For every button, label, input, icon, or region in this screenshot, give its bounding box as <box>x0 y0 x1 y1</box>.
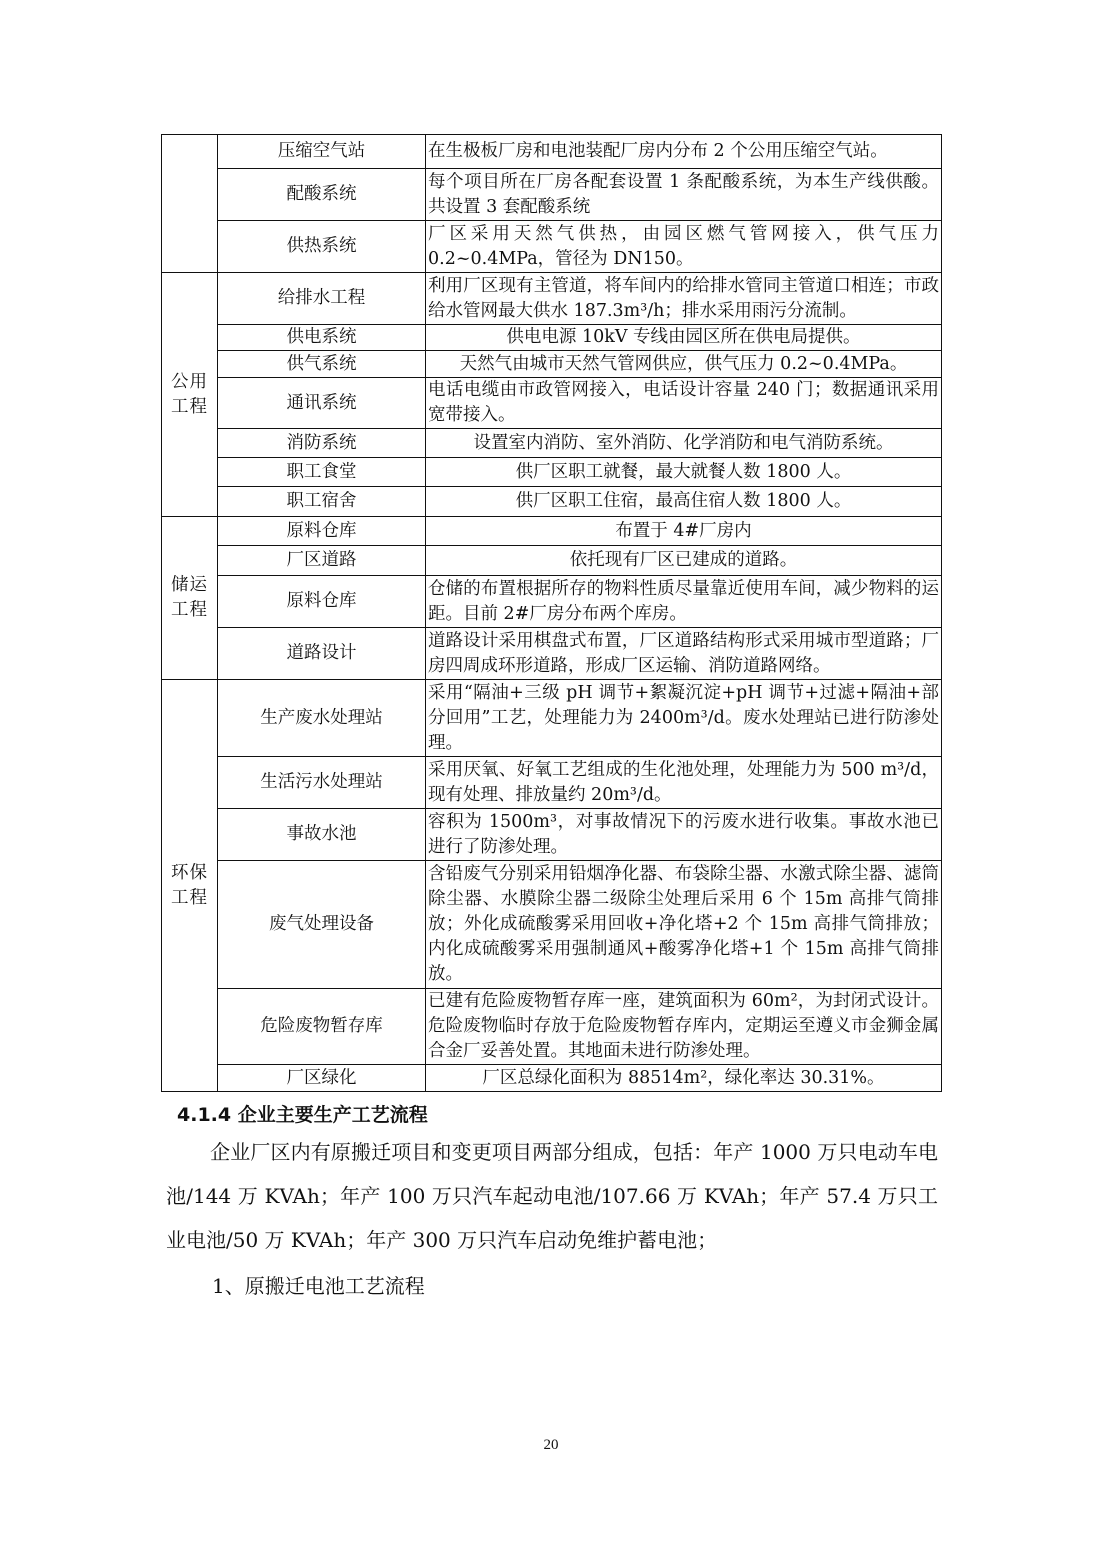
table-row: 危险废物暂存库已建有危险废物暂存库一座，建筑面积为 60m²，为封闭式设计。危险… <box>162 989 942 1065</box>
description-cell: 在生极板厂房和电池装配厂房内分布 2 个公用压缩空气站。 <box>426 135 942 169</box>
facility-name-cell: 厂区绿化 <box>218 1065 426 1092</box>
table-row: 公用工程给排水工程利用厂区现有主管道，将车间内的给排水管同主管道口相连；市政给水… <box>162 273 942 325</box>
facility-name-cell: 消防系统 <box>218 429 426 458</box>
facility-name-cell: 原料仓库 <box>218 576 426 628</box>
description-cell: 道路设计采用棋盘式布置，厂区道路结构形式采用城市型道路；厂房四周成环形道路，形成… <box>426 628 942 680</box>
description-cell: 布置于 4#厂房内 <box>426 517 942 546</box>
description-cell: 采用厌氧、好氧工艺组成的生化池处理，处理能力为 500 m³/d，现有处理、排放… <box>426 757 942 809</box>
section-paragraph: 企业厂区内有原搬迁项目和变更项目两部分组成，包括：年产 1000 万只电动车电池… <box>166 1130 938 1262</box>
description-cell: 采用“隔油+三级 pH 调节+絮凝沉淀+pH 调节+过滤+隔油+部分回用”工艺，… <box>426 680 942 757</box>
table-row: 储运工程原料仓库布置于 4#厂房内 <box>162 517 942 546</box>
category-cell: 环保工程 <box>162 680 218 1092</box>
table-row: 消防系统设置室内消防、室外消防、化学消防和电气消防系统。 <box>162 429 942 458</box>
facility-name-cell: 职工食堂 <box>218 458 426 487</box>
table-row: 压缩空气站在生极板厂房和电池装配厂房内分布 2 个公用压缩空气站。 <box>162 135 942 169</box>
description-cell: 供厂区职工就餐，最大就餐人数 1800 人。 <box>426 458 942 487</box>
facility-name-cell: 供电系统 <box>218 325 426 351</box>
document-page: 压缩空气站在生极板厂房和电池装配厂房内分布 2 个公用压缩空气站。配酸系统每个项… <box>0 0 1102 1559</box>
description-cell: 已建有危险废物暂存库一座，建筑面积为 60m²，为封闭式设计。危险废物临时存放于… <box>426 989 942 1065</box>
table-row: 生活污水处理站采用厌氧、好氧工艺组成的生化池处理，处理能力为 500 m³/d，… <box>162 757 942 809</box>
category-cell <box>162 135 218 273</box>
section-heading: 4.1.4 企业主要生产工艺流程 <box>177 1100 428 1127</box>
page-number: 20 <box>0 1437 1102 1454</box>
description-cell: 含铅废气分别采用铅烟净化器、布袋除尘器、水激式除尘器、滤筒除尘器、水膜除尘器二级… <box>426 861 942 989</box>
project-composition-table: 压缩空气站在生极板厂房和电池装配厂房内分布 2 个公用压缩空气站。配酸系统每个项… <box>161 134 942 1092</box>
facility-name-cell: 道路设计 <box>218 628 426 680</box>
table-row: 厂区道路依托现有厂区已建成的道路。 <box>162 546 942 576</box>
facility-name-cell: 事故水池 <box>218 809 426 861</box>
description-cell: 每个项目所在厂房各配套设置 1 条配酸系统，为本生产线供酸。共设置 3 套配酸系… <box>426 169 942 221</box>
facility-name-cell: 给排水工程 <box>218 273 426 325</box>
table-row: 废气处理设备含铅废气分别采用铅烟净化器、布袋除尘器、水激式除尘器、滤筒除尘器、水… <box>162 861 942 989</box>
process-item-heading: 1、原搬迁电池工艺流程 <box>212 1270 425 1299</box>
table-row: 供热系统厂区采用天然气供热，由园区燃气管网接入，供气压力 0.2~0.4MPa，… <box>162 221 942 273</box>
table-row: 供气系统天然气由城市天然气管网供应，供气压力 0.2~0.4MPa。 <box>162 351 942 378</box>
table-row: 事故水池容积为 1500m³，对事故情况下的污废水进行收集。事故水池已进行了防渗… <box>162 809 942 861</box>
facility-name-cell: 厂区道路 <box>218 546 426 576</box>
table-row: 通讯系统电话电缆由市政管网接入，电话设计容量 240 门；数据通讯采用宽带接入。 <box>162 378 942 429</box>
description-cell: 厂区采用天然气供热，由园区燃气管网接入，供气压力 0.2~0.4MPa，管径为 … <box>426 221 942 273</box>
table-row: 道路设计道路设计采用棋盘式布置，厂区道路结构形式采用城市型道路；厂房四周成环形道… <box>162 628 942 680</box>
paragraph-text: 企业厂区内有原搬迁项目和变更项目两部分组成，包括：年产 1000 万只电动车电池… <box>166 1140 938 1252</box>
table-row: 职工食堂供厂区职工就餐，最大就餐人数 1800 人。 <box>162 458 942 487</box>
facility-name-cell: 供气系统 <box>218 351 426 378</box>
category-cell: 储运工程 <box>162 517 218 680</box>
facility-name-cell: 原料仓库 <box>218 517 426 546</box>
facility-name-cell: 废气处理设备 <box>218 861 426 989</box>
facility-name-cell: 危险废物暂存库 <box>218 989 426 1065</box>
description-cell: 仓储的布置根据所存的物料性质尽量靠近使用车间，减少物料的运距。目前 2#厂房分布… <box>426 576 942 628</box>
description-cell: 依托现有厂区已建成的道路。 <box>426 546 942 576</box>
facility-name-cell: 生产废水处理站 <box>218 680 426 757</box>
description-cell: 电话电缆由市政管网接入，电话设计容量 240 门；数据通讯采用宽带接入。 <box>426 378 942 429</box>
facility-name-cell: 供热系统 <box>218 221 426 273</box>
table-row: 环保工程生产废水处理站采用“隔油+三级 pH 调节+絮凝沉淀+pH 调节+过滤+… <box>162 680 942 757</box>
facility-name-cell: 配酸系统 <box>218 169 426 221</box>
description-cell: 天然气由城市天然气管网供应，供气压力 0.2~0.4MPa。 <box>426 351 942 378</box>
category-cell: 公用工程 <box>162 273 218 517</box>
facility-name-cell: 压缩空气站 <box>218 135 426 169</box>
description-cell: 利用厂区现有主管道，将车间内的给排水管同主管道口相连；市政给水管网最大供水 18… <box>426 273 942 325</box>
description-cell: 容积为 1500m³，对事故情况下的污废水进行收集。事故水池已进行了防渗处理。 <box>426 809 942 861</box>
table-row: 职工宿舍供厂区职工住宿，最高住宿人数 1800 人。 <box>162 487 942 517</box>
description-cell: 厂区总绿化面积为 88514m²，绿化率达 30.31%。 <box>426 1065 942 1092</box>
description-cell: 供厂区职工住宿，最高住宿人数 1800 人。 <box>426 487 942 517</box>
facility-name-cell: 职工宿舍 <box>218 487 426 517</box>
table-row: 供电系统供电电源 10kV 专线由园区所在供电局提供。 <box>162 325 942 351</box>
table-body: 压缩空气站在生极板厂房和电池装配厂房内分布 2 个公用压缩空气站。配酸系统每个项… <box>162 135 942 1092</box>
table-row: 配酸系统每个项目所在厂房各配套设置 1 条配酸系统，为本生产线供酸。共设置 3 … <box>162 169 942 221</box>
description-cell: 设置室内消防、室外消防、化学消防和电气消防系统。 <box>426 429 942 458</box>
facility-name-cell: 通讯系统 <box>218 378 426 429</box>
facility-name-cell: 生活污水处理站 <box>218 757 426 809</box>
description-cell: 供电电源 10kV 专线由园区所在供电局提供。 <box>426 325 942 351</box>
table-row: 厂区绿化厂区总绿化面积为 88514m²，绿化率达 30.31%。 <box>162 1065 942 1092</box>
table-row: 原料仓库仓储的布置根据所存的物料性质尽量靠近使用车间，减少物料的运距。目前 2#… <box>162 576 942 628</box>
